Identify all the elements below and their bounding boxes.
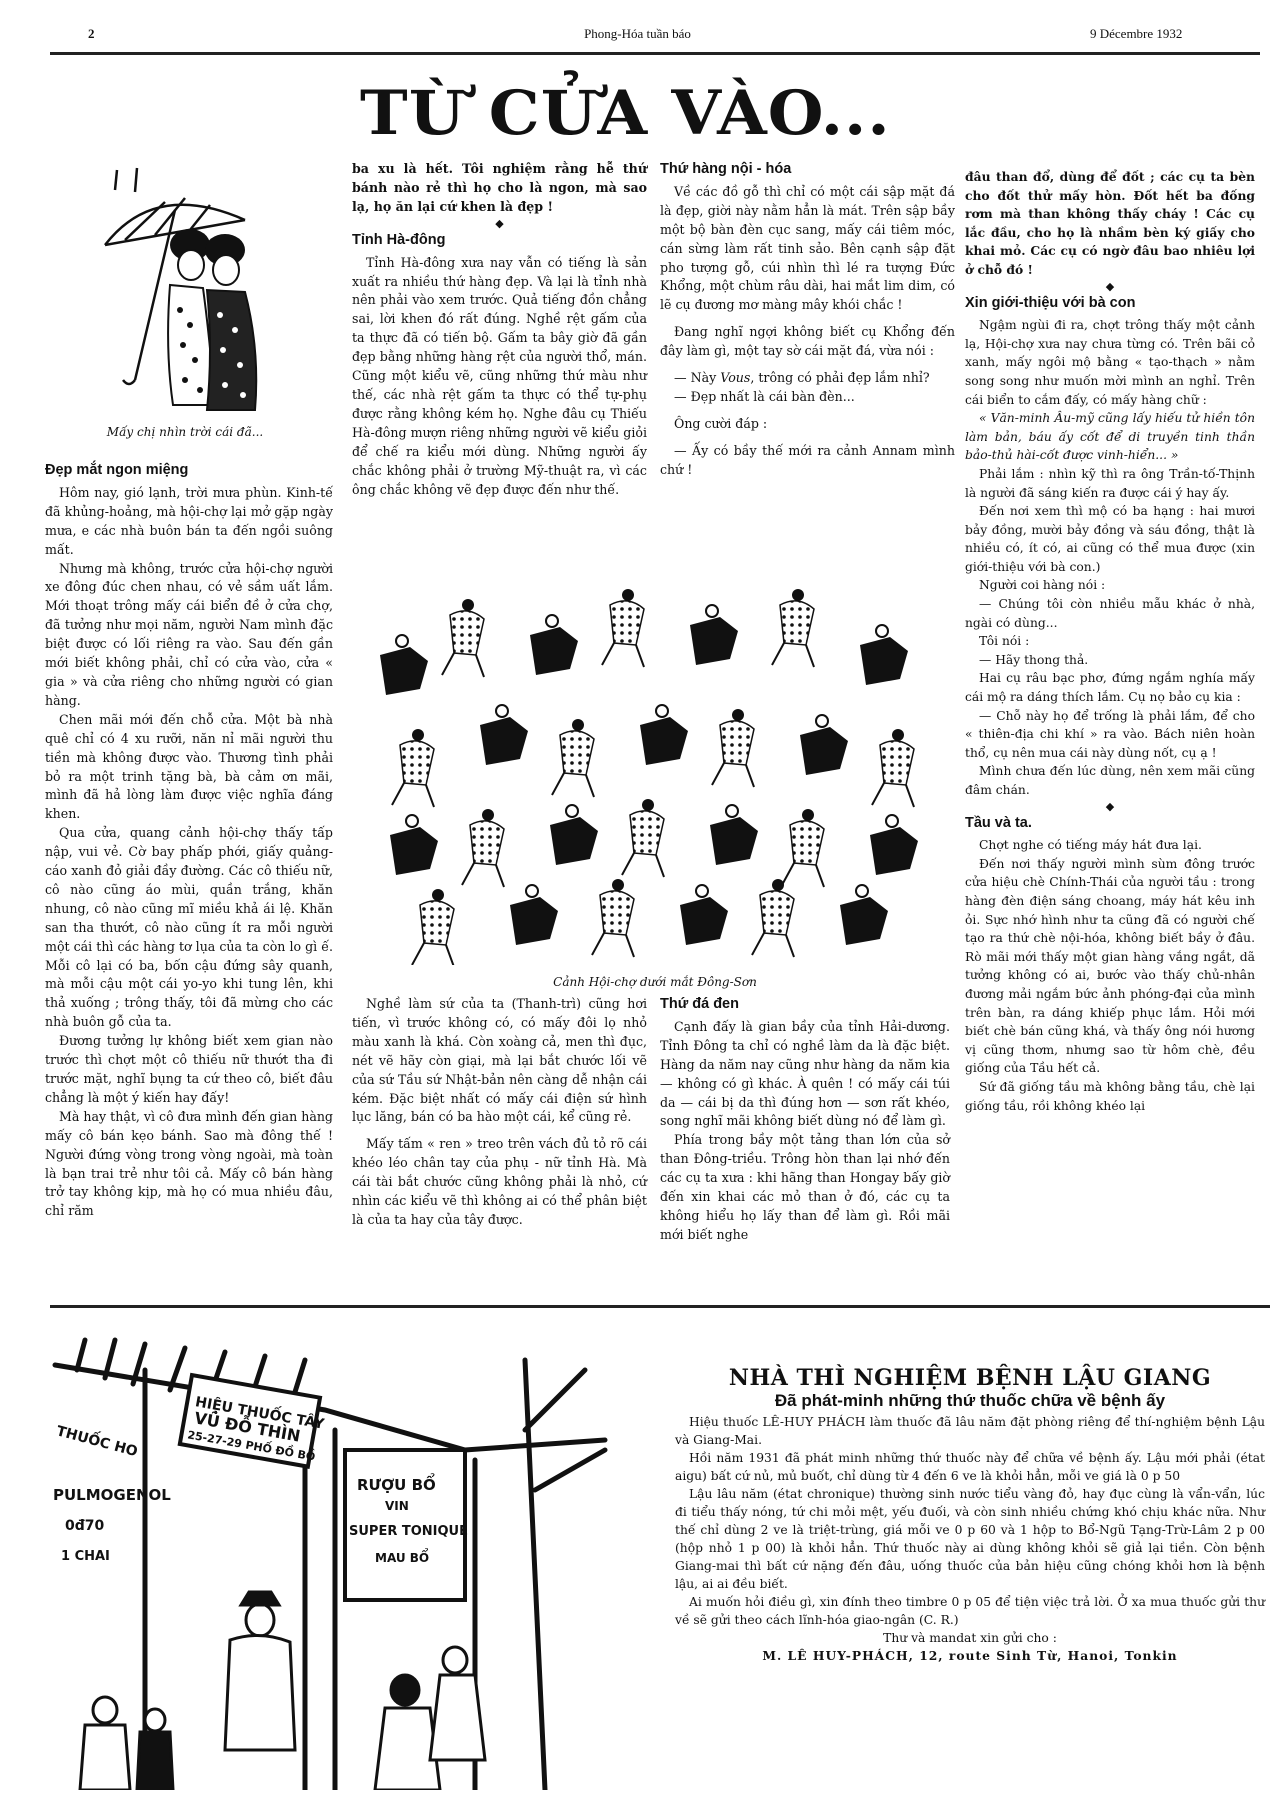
paragraph: — Chỗ này họ để trống là phải lắm, để ch… <box>965 707 1255 763</box>
ornament-icon: ◆ <box>965 280 1255 294</box>
ad-paragraph: Hồi năm 1931 đã phát minh những thứ thuố… <box>675 1449 1265 1485</box>
header-rule <box>50 52 1260 55</box>
svg-text:1 CHAI: 1 CHAI <box>61 1549 110 1564</box>
crowd-drawing-icon <box>360 575 950 965</box>
paragraph: Hôm nay, gió lạnh, trời mưa phùn. Kinh-t… <box>45 484 333 560</box>
paragraph: ba xu là hết. Tôi nghiệm rằng hễ thứ bán… <box>352 160 647 217</box>
illustration-fair-crowd <box>360 575 950 965</box>
paragraph: — Ấy có bầy thế mới ra cảnh Annam mình c… <box>660 442 955 480</box>
heading-xin-gioi-thieu: Xin giới-thiệu với bà con <box>965 294 1255 313</box>
column-2-top: ba xu là hết. Tôi nghiệm rằng hễ thứ bán… <box>352 160 647 499</box>
paragraph: đâu than đổ, dùng để đốt ; các cụ ta bèn… <box>965 168 1255 280</box>
ad-paragraph: Ai muốn hỏi điều gì, xin đính theo timbr… <box>675 1593 1265 1629</box>
heading-dep-mat-ngon-mieng: Đẹp mắt ngon miệng <box>45 461 333 480</box>
paragraph: Nghề làm sứ của ta (Thanh-trì) cũng hơi … <box>352 995 647 1127</box>
svg-text:PULMOGENOL: PULMOGENOL <box>53 1486 171 1504</box>
ad-mail-instruction: Thư và mandat xin gửi cho : <box>675 1629 1265 1647</box>
ornament-icon: ◆ <box>965 800 1255 814</box>
heading-tau-va-ta: Tầu và ta. <box>965 814 1255 833</box>
svg-text:VIN: VIN <box>385 1499 409 1513</box>
svg-text:SUPER TONIQUE: SUPER TONIQUE <box>349 1524 468 1539</box>
ad-subtitle: Đã phát-minh những thứ thuốc chữa về bện… <box>675 1391 1265 1411</box>
paragraph: Chen mãi mới đến chỗ cửa. Một bà nhà quê… <box>45 711 333 824</box>
heading-tinh-ha-dong: Tỉnh Hà-đông <box>352 231 647 250</box>
svg-text:RƯỢU BỔ: RƯỢU BỔ <box>357 1472 436 1494</box>
paragraph: Ngậm ngùi đi ra, chợt trông thấy một cản… <box>965 316 1255 409</box>
quote: « Văn-minh Âu-mỹ cũng lấy hiếu tử hiền t… <box>965 409 1255 465</box>
svg-text:THUỐC HO: THUỐC HO <box>55 1419 141 1460</box>
publication-name: Phong-Hóa tuần báo <box>0 26 1275 42</box>
paragraph: Tôi nói : <box>965 632 1255 651</box>
paragraph: Qua cửa, quang cảnh hội-chợ thấy tấp nập… <box>45 824 333 1032</box>
section-rule <box>50 1305 1270 1308</box>
umbrella-caption: Mấy chị nhìn trời cái đã... <box>40 425 330 439</box>
paragraph: Đang nghĩ ngợi không biết cụ Khổng đến đ… <box>660 323 955 361</box>
storefront-drawing-icon: HIỆU THUỐC TÂY VŨ ĐỖ THÌN 25-27-29 PHỐ Đ… <box>45 1330 635 1790</box>
paragraph: Đến nơi thấy người mình sùm đông trước c… <box>965 855 1255 1078</box>
ad-paragraph: Hiệu thuốc LÊ-HUY PHÁCH làm thuốc đã lâu… <box>675 1413 1265 1449</box>
heading-thu-hang-noi-hoa: Thứ hàng nội - hóa <box>660 160 955 179</box>
paragraph: — Chúng tôi còn nhiều mẫu khác ở nhà, ng… <box>965 595 1255 632</box>
paragraph: Mà hay thật, vì cô đưa mình đến gian hàn… <box>45 1108 333 1221</box>
column-3-bottom: Thứ đá đen Cạnh đấy là gian bầy của tỉnh… <box>660 995 950 1245</box>
paragraph: — Đẹp nhất là cái bàn đèn... <box>660 388 955 407</box>
advertisement: NHÀ THÌ NGHIỆM BỆNH LẬU GIANG Đã phát-mi… <box>675 1365 1265 1665</box>
paragraph: Mình chưa đến lúc dùng, nên xem mãi cũng… <box>965 762 1255 799</box>
paragraph: — Này Vous, trông có phải đẹp lắm nhỉ? <box>660 369 955 388</box>
column-3-top: Thứ hàng nội - hóa Về các đồ gỗ thì chỉ … <box>660 160 955 480</box>
svg-text:MAU BỔ: MAU BỔ <box>375 1548 429 1565</box>
paragraph: Phía trong bầy một tảng than lớn của sở … <box>660 1131 950 1244</box>
paragraph: Chợt nghe có tiếng máy hát đưa lại. <box>965 836 1255 855</box>
paragraph: Ông cười đáp : <box>660 415 955 434</box>
paragraph: Đương tưởng lự không biết xem gian nào t… <box>45 1032 333 1108</box>
paragraph: Về các đồ gỗ thì chỉ có một cái sập mặt … <box>660 183 955 315</box>
paragraph: Người coi hàng nói : <box>965 576 1255 595</box>
umbrella-drawing-icon <box>95 150 295 420</box>
column-2-bottom: Nghề làm sứ của ta (Thanh-trì) cũng hơi … <box>352 995 647 1230</box>
column-1: Đẹp mắt ngon miệng Hôm nay, gió lạnh, tr… <box>45 455 333 1221</box>
paragraph: Sứ đã giống tầu mà không bằng tầu, chè l… <box>965 1078 1255 1115</box>
ad-paragraph: Lậu lâu năm (état chronique) thường sinh… <box>675 1485 1265 1593</box>
paragraph: Mấy tấm « ren » treo trên vách đủ tỏ rõ … <box>352 1135 647 1230</box>
ad-title: NHÀ THÌ NGHIỆM BỆNH LẬU GIANG <box>675 1365 1265 1391</box>
paragraph: — Hãy thong thả. <box>965 651 1255 670</box>
fair-caption: Cảnh Hội-chợ dưới mắt Đông-Sơn <box>360 975 950 989</box>
page-headline: TỪ CỬA VÀO... <box>360 84 960 145</box>
paragraph: Tỉnh Hà-đông xưa nay vẫn có tiếng là sản… <box>352 254 647 500</box>
ornament-icon: ◆ <box>352 217 647 231</box>
svg-text:0đ70: 0đ70 <box>65 1518 105 1534</box>
heading-thu-da-den: Thứ đá đen <box>660 995 950 1014</box>
illustration-pharmacy-storefront: HIỆU THUỐC TÂY VŨ ĐỖ THÌN 25-27-29 PHỐ Đ… <box>45 1330 635 1790</box>
paragraph: Cạnh đấy là gian bầy của tỉnh Hải-dương.… <box>660 1018 950 1131</box>
illustration-women-umbrella <box>95 150 295 420</box>
paragraph: Đến nơi xem thì mộ có ba hạng : hai mươi… <box>965 502 1255 576</box>
paragraph: Hai cụ râu bạc phơ, đứng ngắm nghía mấy … <box>965 669 1255 706</box>
paragraph: Nhưng mà không, trước cửa hội-chợ người … <box>45 560 333 711</box>
paragraph: Phải lắm : nhìn kỹ thì ra ông Trần-tố-Th… <box>965 465 1255 502</box>
column-4: đâu than đổ, dùng để đốt ; các cụ ta bèn… <box>965 168 1255 1115</box>
issue-date: 9 Décembre 1932 <box>1090 26 1182 42</box>
ad-address: M. LÊ HUY-PHÁCH, 12, route Sinh Từ, Hano… <box>675 1647 1265 1665</box>
